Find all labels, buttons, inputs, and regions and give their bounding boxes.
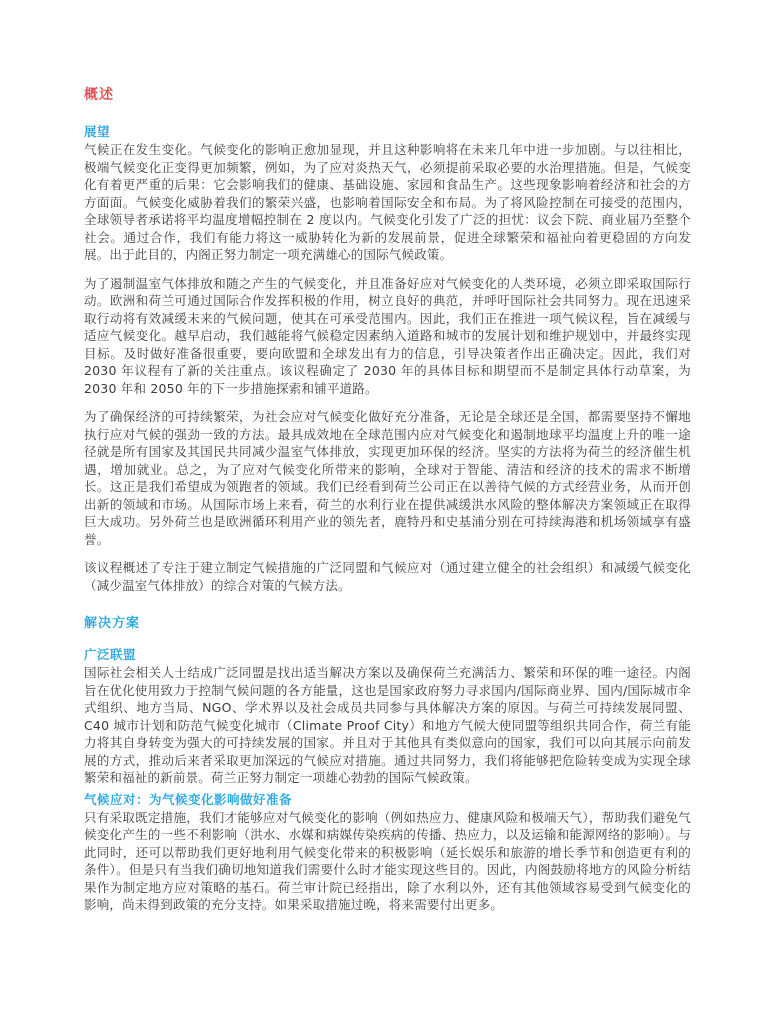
climate-response-heading: 气候应对：为气候变化影响做好准备 [84, 790, 691, 808]
outlook-paragraph-4: 该议程概述了专注于建立制定气候措施的广泛同盟和气候应对（通过建立健全的社会组织）… [84, 559, 691, 594]
outlook-paragraph-1: 气候正在发生变化。气候变化的影响正愈加显现，并且这种影响将在未来几年中进一步加剧… [84, 141, 691, 264]
outlook-paragraph-3: 为了确保经济的可持续繁荣，为社会应对气候变化做好充分准备，无论是全球还是全国，都… [84, 408, 691, 548]
climate-response-section: 气候应对：为气候变化影响做好准备 只有采取既定措施，我们才能够应对气候变化的影响… [84, 790, 691, 914]
overview-title: 概述 [84, 84, 691, 104]
outlook-section: 展望 气候正在发生变化。气候变化的影响正愈加显现，并且这种影响将在未来几年中进一… [84, 122, 691, 594]
broad-alliance-paragraph-1: 国际社会相关人士结成广泛同盟是找出适当解决方案以及确保荷兰充满活力、繁荣和环保的… [84, 664, 691, 787]
solutions-title: 解决方案 [84, 612, 691, 631]
broad-alliance-heading: 广泛联盟 [84, 645, 691, 663]
outlook-heading: 展望 [84, 122, 691, 140]
climate-response-paragraph-1: 只有采取既定措施，我们才能够应对气候变化的影响（例如热应力、健康风险和极端天气）… [84, 809, 691, 914]
broad-alliance-section: 广泛联盟 国际社会相关人士结成广泛同盟是找出适当解决方案以及确保荷兰充满活力、繁… [84, 645, 691, 787]
outlook-paragraph-2: 为了遏制温室气体排放和随之产生的气候变化，并且准备好应对气候变化的人类环境，必须… [84, 275, 691, 398]
document-page: 概述 展望 气候正在发生变化。气候变化的影响正愈加显现，并且这种影响将在未来几年… [0, 0, 770, 1024]
